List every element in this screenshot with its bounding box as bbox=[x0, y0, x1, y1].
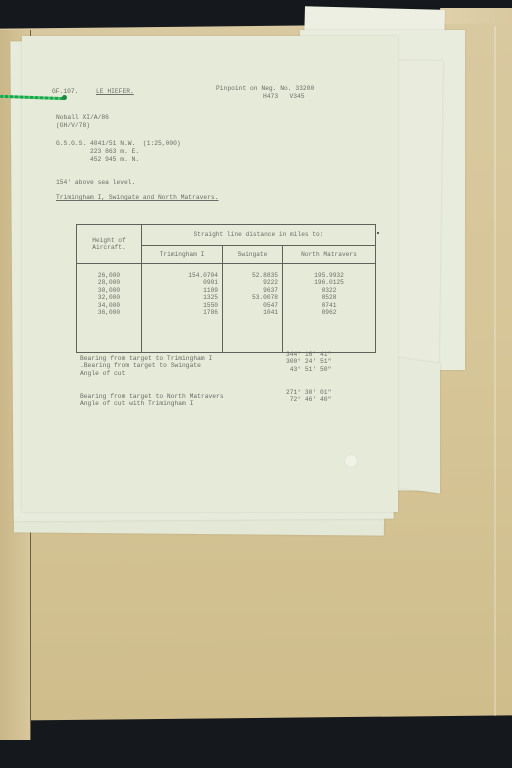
pinpoint-coords: H473 V345 bbox=[263, 93, 305, 100]
site-name: LE HIEFER. bbox=[96, 88, 134, 95]
tag-string-knot bbox=[62, 95, 67, 100]
sheet-reference-2: (GH/V/78) bbox=[56, 122, 90, 129]
distance-table: Height of Aircraft. Straight line distan… bbox=[76, 224, 376, 353]
punch-hole-reinforcement bbox=[344, 454, 358, 468]
bearings-values-1: 344° 16' 41" 300° 24' 51" 43° 51' 50" bbox=[286, 351, 331, 373]
trimingham-distances: 154.0704 0901 1109 1325 1550 1786 bbox=[142, 264, 223, 353]
heights-column: 26,000 28,000 30,000 32,000 34,000 36,00… bbox=[77, 264, 142, 353]
folder-fold-line bbox=[494, 26, 496, 716]
header-straight-line-distance: Straight line distance in miles to: bbox=[142, 225, 376, 246]
pinpoint-line: Pinpoint on Neg. No. 33200 bbox=[216, 85, 314, 92]
targets-heading: Trimingham I, Swingate and North Matrave… bbox=[56, 194, 219, 201]
swingate-distances: 52.8835 9222 9637 53.0078 0547 1041 bbox=[223, 264, 283, 353]
map-reference-3: 452 945 m. N. bbox=[90, 156, 139, 163]
column-header-swingate: Swingate bbox=[223, 245, 283, 263]
bearings-labels-1: Bearing from target to Trimingham I .Bea… bbox=[80, 355, 212, 377]
map-reference-1: G.S.G.S. 4041/51 N.W. (1:25,000) bbox=[56, 140, 181, 147]
column-header-north-matravers: North Matravers bbox=[283, 245, 376, 263]
paper-speck bbox=[377, 232, 379, 234]
sheet-reference-1: Noball XI/A/86 bbox=[56, 114, 109, 121]
typed-document-page: GF.107. LE HIEFER. Pinpoint on Neg. No. … bbox=[22, 36, 398, 512]
map-reference-2: 223 863 m. E. bbox=[90, 148, 139, 155]
bearings-values-2: 271° 30' 01" 72° 46' 40" bbox=[286, 389, 331, 404]
elevation-text: 154' above sea level. bbox=[56, 179, 135, 186]
column-header-trimingham: Trimingham I bbox=[142, 245, 223, 263]
north-matravers-distances: 195.9932 196.0125 0322 0528 0741 0962 bbox=[283, 264, 376, 353]
header-height-of-aircraft: Height of Aircraft. bbox=[77, 225, 142, 264]
bearings-labels-2: Bearing from target to North Matravers A… bbox=[80, 393, 224, 408]
